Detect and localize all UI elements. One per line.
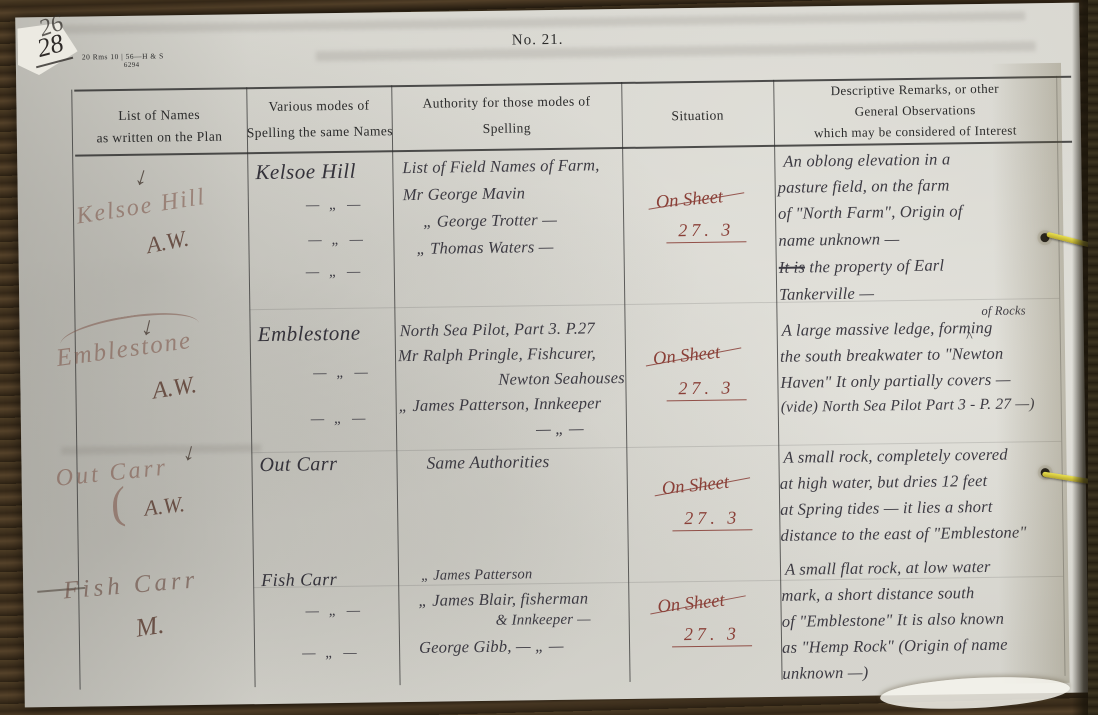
header-authority-line1: Authority for those modes of <box>391 93 621 112</box>
ditto-mark: — „ — <box>313 365 371 383</box>
authority-line: Newton Seahouses <box>498 368 625 390</box>
situation-sheet-label: On Sheet <box>661 473 730 501</box>
arrow-mark: ↓ <box>180 438 199 468</box>
situation-sheet-number: 27. 3 <box>666 219 746 243</box>
scan-streak <box>61 444 261 455</box>
ditto-mark: — „ — <box>302 645 360 663</box>
ditto-mark: — „ — <box>308 232 366 250</box>
situation-sheet-label: On Sheet <box>657 591 726 619</box>
remarks-line: It is the property of Earl <box>779 256 945 278</box>
arrow-mark: ↓ <box>131 160 152 193</box>
authority-line: „ George Trotter — <box>423 210 557 232</box>
authority-line: — „ — <box>536 419 584 440</box>
remarks-line: distance to the east of "Emblestone" <box>780 522 1026 545</box>
remarks-line: Haven" It only partially covers — <box>780 370 1011 393</box>
spelling-entry: Emblestone <box>258 321 361 347</box>
ditto-mark: — „ — <box>305 603 363 621</box>
authority-line: Same Authorities <box>426 451 549 474</box>
scan-streak <box>45 11 1025 34</box>
scan-streak <box>316 41 1036 61</box>
header-spelling-line1: Various modes of <box>246 97 391 115</box>
page-edge-shade <box>991 63 1070 684</box>
authority-line: Mr George Mavin <box>403 183 526 205</box>
authority-line: Mr Ralph Pringle, Fishcurer, <box>398 343 596 366</box>
remarks-line: at high water, but dries 12 feet <box>780 471 988 494</box>
remarks-line: of "Emblestone" It is also known <box>782 609 1005 632</box>
struck-text: It is <box>779 257 805 276</box>
authority-line: „ James Patterson <box>421 566 533 585</box>
surveyor-initials: A.W. <box>151 372 199 405</box>
header-situation: Situation <box>622 107 774 125</box>
authority-line: „ James Patterson, Innkeeper <box>399 393 602 416</box>
remarks-line: pasture field, on the farm <box>778 175 950 197</box>
authority-line: North Sea Pilot, Part 3. P.27 <box>400 318 596 341</box>
ditto-mark: — „ — <box>306 197 364 215</box>
authority-line: „ Thomas Waters — <box>416 237 553 259</box>
remarks-line: mark, a short distance south <box>781 583 974 606</box>
header-names-line2: as written on the Plan <box>72 128 247 146</box>
header-authority-line2: Spelling <box>392 119 622 138</box>
header-names-line1: List of Names <box>72 106 247 124</box>
remarks-line: of "North Farm", Origin of <box>778 201 963 224</box>
remarks-line: A large massive ledge, forming <box>782 318 993 341</box>
remarks-line: name unknown — <box>778 229 899 251</box>
column-rule-2 <box>391 85 401 685</box>
remarks-line: at Spring tides — it lies a short <box>780 497 993 520</box>
scanned-ledger-page: 26 28 20 Rms 10 | 56—H & S 6294 No. 21. … <box>0 0 1098 715</box>
situation-sheet-number: 27. 3 <box>666 377 746 401</box>
surveyor-initials: M. <box>134 610 166 644</box>
remarks-line: A small flat rock, at low water <box>785 557 991 580</box>
plan-name: Fish Carr <box>62 566 199 605</box>
authority-line: List of Field Names of Farm, <box>402 155 599 178</box>
paper-sheet: 26 28 20 Rms 10 | 56—H & S 6294 No. 21. … <box>15 3 1089 708</box>
remarks-line: unknown —) <box>782 663 868 684</box>
situation-sheet-label: On Sheet <box>652 343 721 371</box>
remarks-line: the south breakwater to "Newton <box>780 344 1004 367</box>
authority-line: „ James Blair, fisherman <box>418 589 588 611</box>
ditto-mark: — „ — <box>311 411 369 429</box>
print-code-line2: 6294 <box>124 61 140 69</box>
spelling-entry: Kelsoe Hill <box>255 159 356 185</box>
book-page-edges <box>1088 0 1098 715</box>
situation-sheet-number: 27. 3 <box>672 623 752 647</box>
row-separator-faint <box>249 298 1059 310</box>
situation-sheet-label: On Sheet <box>655 187 724 214</box>
surveyor-initials: A.W. <box>143 491 187 522</box>
remarks-line: An oblong elevation in a <box>783 149 950 171</box>
remarks-line: as "Hemp Rock" (Origin of name <box>782 635 1008 658</box>
authority-line: & Innkeeper — <box>496 611 591 629</box>
header-spelling-line2: Spelling the same Names <box>245 123 395 141</box>
situation-sheet-number: 27. 3 <box>672 507 752 531</box>
remarks-line: A small rock, completely covered <box>783 445 1008 468</box>
remarks-line: Tankerville — <box>779 283 874 304</box>
remarks-line-rest: the property of Earl <box>805 256 945 277</box>
spelling-entry: Out Carr <box>259 453 337 477</box>
folio-title: No. 21. <box>477 31 597 50</box>
authority-line: George Gibb, — „ — <box>419 636 564 658</box>
ditto-mark: — „ — <box>306 264 364 282</box>
spelling-entry: Fish Carr <box>261 569 337 591</box>
surveyor-initials: A.W. <box>144 226 191 260</box>
print-code-line1: 20 Rms 10 | 56—H & S <box>82 51 164 61</box>
